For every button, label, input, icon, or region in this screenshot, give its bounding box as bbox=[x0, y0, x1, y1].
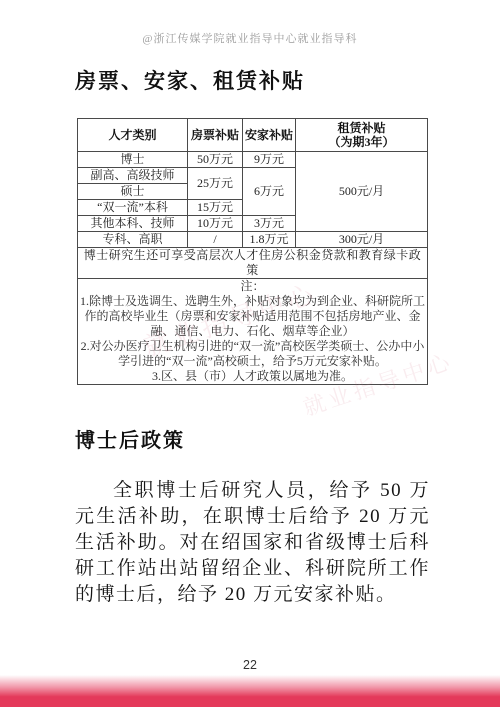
cell-fangpiao: 50万元 bbox=[188, 152, 243, 168]
page-number: 22 bbox=[0, 658, 500, 672]
footnote-item: 1.除博士及选调生、选聘生外，补贴对象均为到企业、科研院所工作的高校毕业生（房票… bbox=[80, 294, 425, 339]
document-page: @浙江传媒学院就业指导中心就业指导科 就业指导中心 就业指导中心 房票、安家、租… bbox=[0, 0, 500, 707]
cell-category: 专科、高职 bbox=[78, 232, 188, 248]
table-header-row: 人才类别 房票补贴 安家补贴 租赁补贴 （为期3年） bbox=[78, 119, 428, 152]
cell-zulin-merged: 500元/月 bbox=[296, 152, 428, 232]
table-row: 专科、高职 / 1.8万元 300元/月 bbox=[78, 232, 428, 248]
footnote-label: 注： bbox=[80, 279, 425, 294]
bottom-red-bar bbox=[0, 675, 500, 707]
table-row-footnotes: 注： 1.除博士及选调生、选聘生外，补贴对象均为到企业、科研院所工作的高校毕业生… bbox=[78, 279, 428, 385]
section-title-subsidies: 房票、安家、租赁补贴 bbox=[75, 65, 500, 95]
cell-phd-policy-note: 博士研究生还可享受高层次人才住房公积金贷款和教育绿卡政策 bbox=[78, 248, 428, 279]
section-title-postdoc: 博士后政策 bbox=[75, 424, 500, 453]
cell-anjia-merged: 6万元 bbox=[243, 168, 296, 216]
footnotes-cell: 注： 1.除博士及选调生、选聘生外，补贴对象均为到企业、科研院所工作的高校毕业生… bbox=[78, 279, 428, 385]
table-row-merged-policy: 博士研究生还可享受高层次人才住房公积金贷款和教育绿卡政策 bbox=[78, 248, 428, 279]
col-header-zulin: 租赁补贴 （为期3年） bbox=[296, 119, 428, 152]
col-header-fangpiao: 房票补贴 bbox=[188, 119, 243, 152]
account-header: @浙江传媒学院就业指导中心就业指导科 bbox=[0, 0, 500, 46]
col-header-zulin-line2: （为期3年） bbox=[298, 135, 425, 149]
table-row: 博士 50万元 9万元 500元/月 bbox=[78, 152, 428, 168]
cell-category: 副高、高级技师 bbox=[78, 168, 188, 184]
cell-anjia: 3万元 bbox=[243, 216, 296, 232]
cell-category: 其他本科、技师 bbox=[78, 216, 188, 232]
col-header-talent-category: 人才类别 bbox=[78, 119, 188, 152]
cell-category: 博士 bbox=[78, 152, 188, 168]
col-header-anjia: 安家补贴 bbox=[243, 119, 296, 152]
cell-anjia: 9万元 bbox=[243, 152, 296, 168]
cell-fangpiao: / bbox=[188, 232, 243, 248]
footnote-item: 3.区、县（市）人才政策以属地为准。 bbox=[80, 369, 425, 384]
cell-fangpiao-merged: 25万元 bbox=[188, 168, 243, 200]
cell-zulin: 300元/月 bbox=[296, 232, 428, 248]
footnote-item: 2.对公办医疗卫生机构引进的“双一流”高校医学类硕士、公办中小学引进的“双一流”… bbox=[80, 339, 425, 369]
col-header-zulin-line1: 租赁补贴 bbox=[298, 121, 425, 135]
cell-fangpiao: 15万元 bbox=[188, 200, 243, 216]
postdoc-paragraph: 全职博士后研究人员，给予 50 万元生活补助，在职博士后给予 20 万元生活补助… bbox=[75, 478, 430, 608]
cell-category: “双一流”本科 bbox=[78, 200, 188, 216]
cell-anjia: 1.8万元 bbox=[243, 232, 296, 248]
subsidy-table: 人才类别 房票补贴 安家补贴 租赁补贴 （为期3年） 博士 50万元 9万元 5… bbox=[77, 118, 428, 385]
cell-category: 硕士 bbox=[78, 184, 188, 200]
cell-fangpiao: 10万元 bbox=[188, 216, 243, 232]
